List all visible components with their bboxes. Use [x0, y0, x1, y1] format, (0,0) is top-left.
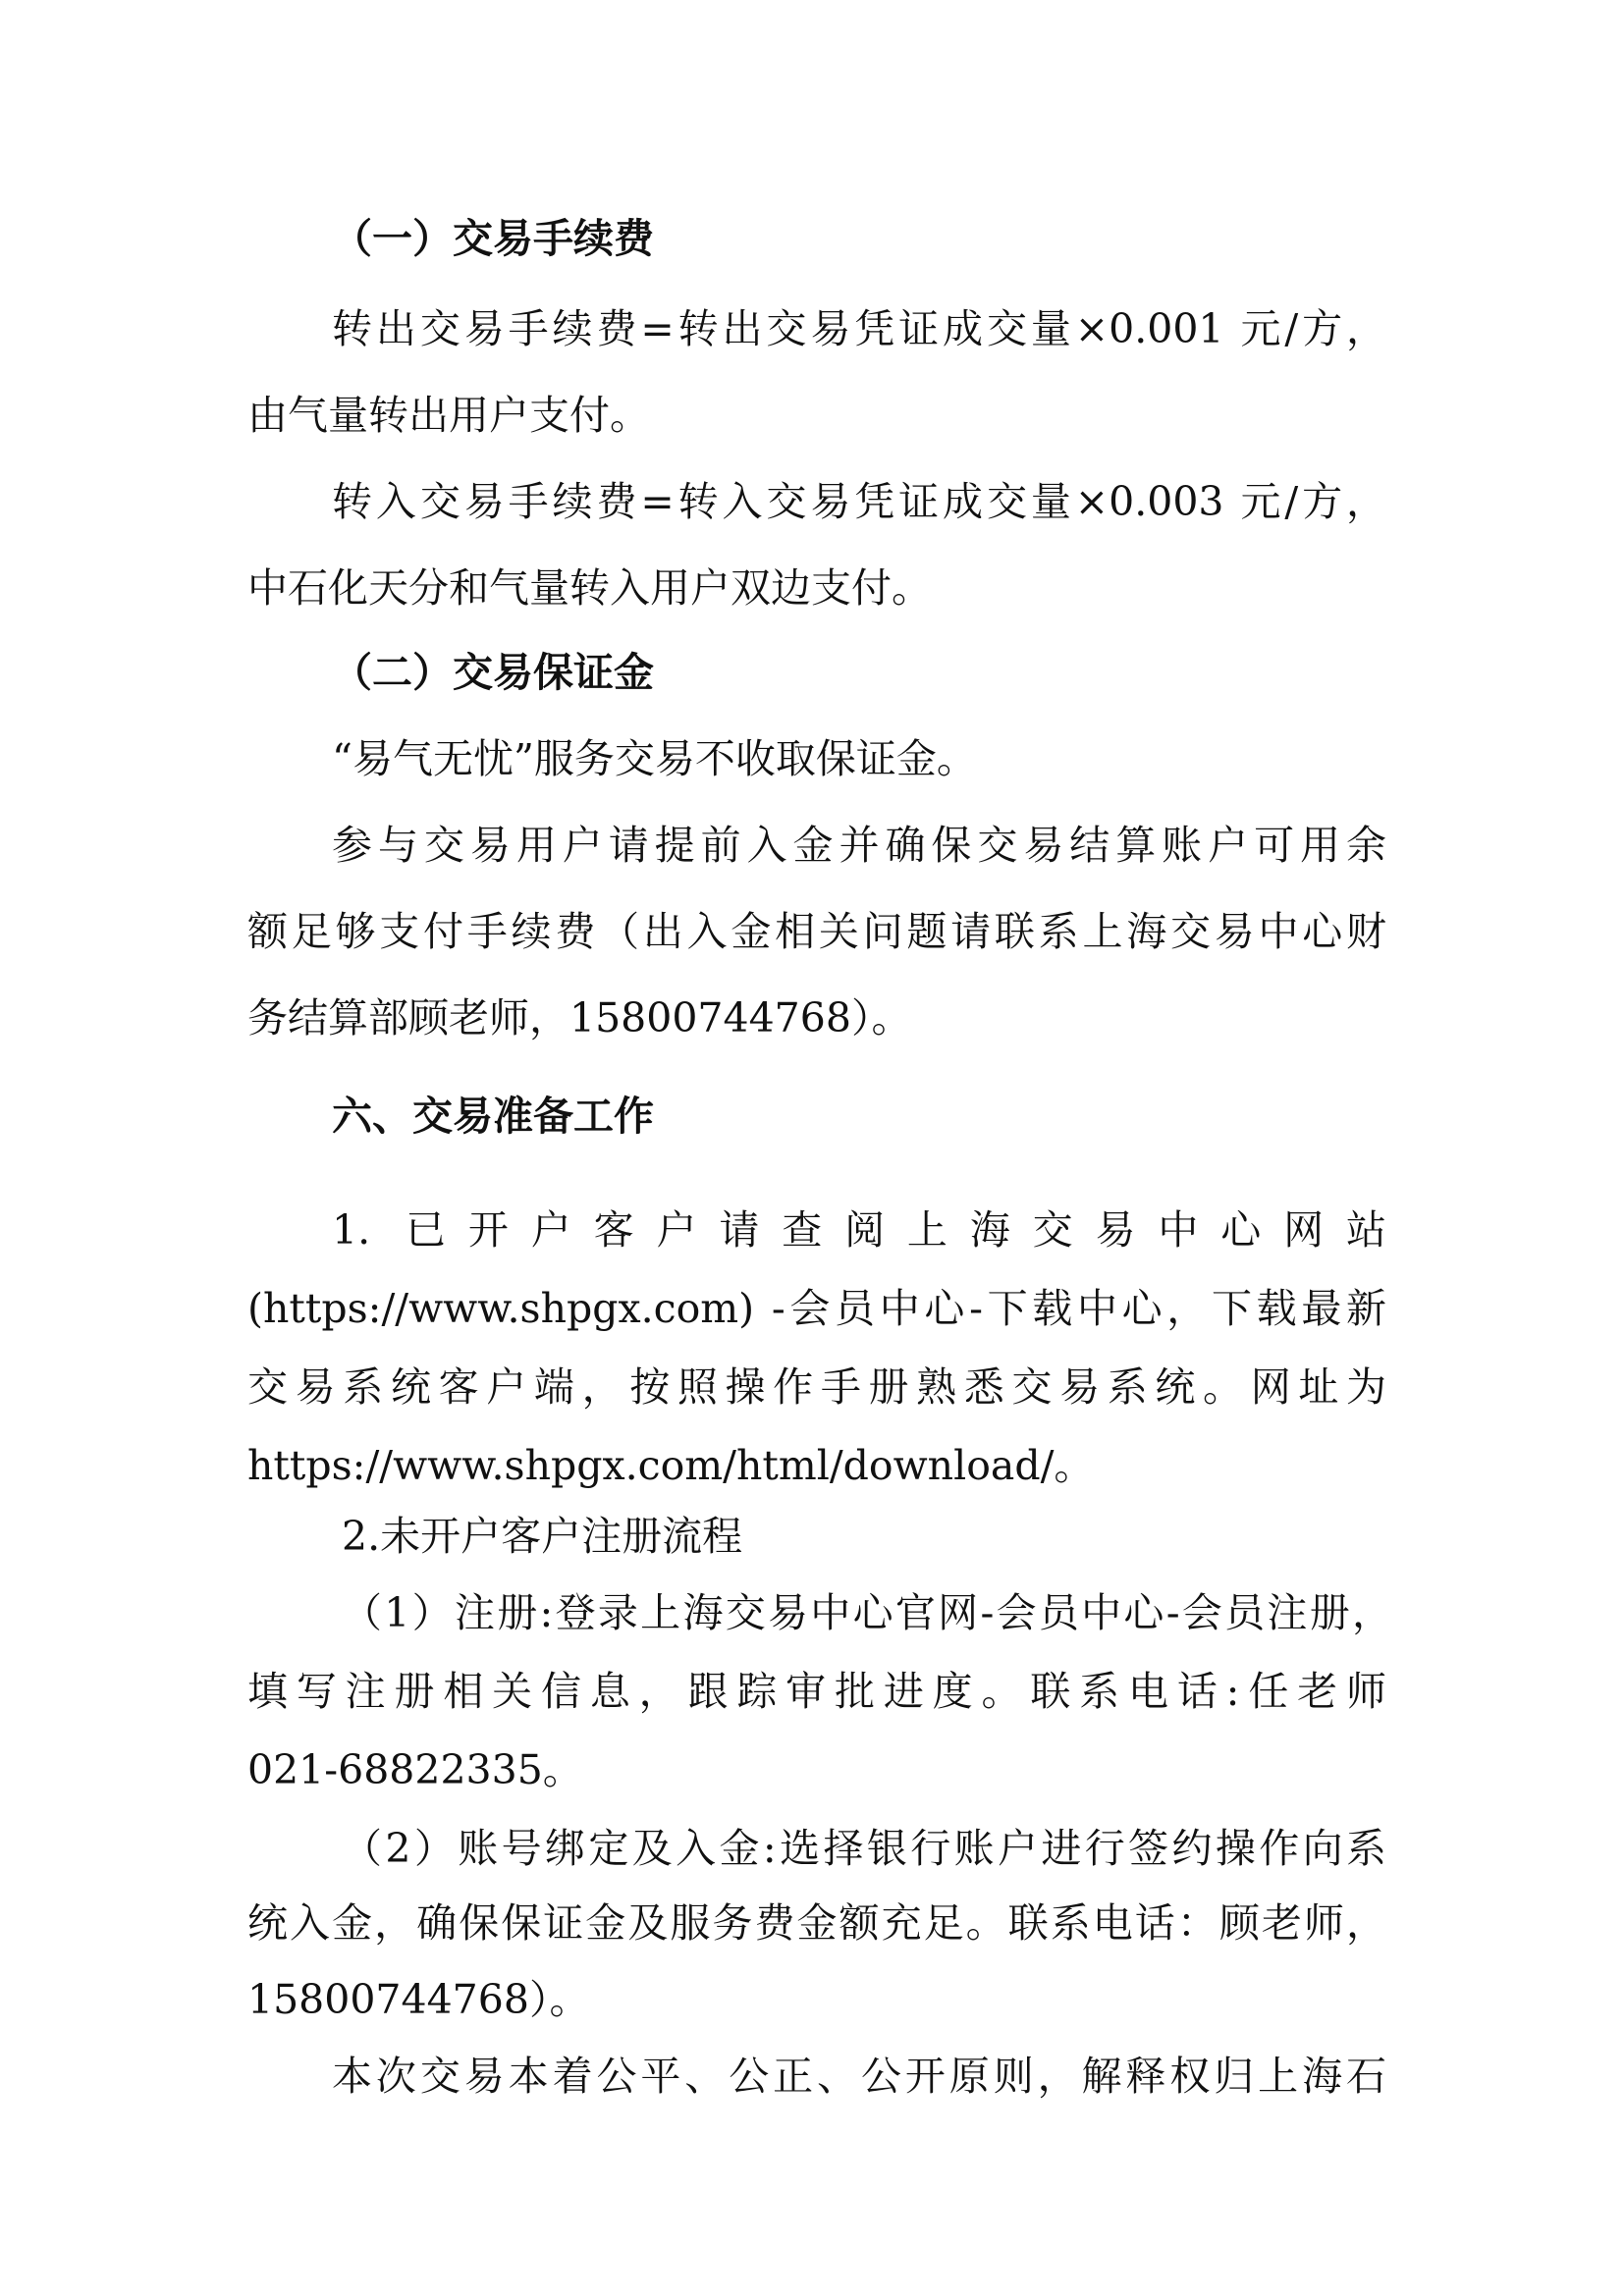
- paragraph-line: 务结算部顾老师，15800744768）。: [247, 993, 911, 1042]
- paragraph-line: （1）注册:登录上海交易中心官网-会员中心-会员注册，: [342, 1588, 1392, 1637]
- section-heading-fees: （一）交易手续费: [332, 214, 654, 263]
- paragraph-line: 1. 已开户客户请查阅上海交易中心网站: [332, 1205, 1386, 1255]
- download-url-line: https://www.shpgx.com/html/download/。: [247, 1441, 1094, 1490]
- paragraph-line: （2）账号绑定及入金:选择银行账户进行签约操作向系: [342, 1824, 1386, 1873]
- paragraph-line: 交易系统客户端，按照操作手册熟悉交易系统。网址为: [247, 1362, 1386, 1412]
- paragraph-line: 转入交易手续费=转入交易凭证成交量×0.003 元/方，: [332, 477, 1386, 526]
- paragraph-line: 统入金，确保保证金及服务费金额充足。联系电话：顾老师，: [247, 1898, 1386, 1948]
- paragraph-line: 由气量转出用户支付。: [247, 391, 650, 440]
- paragraph-line: 15800744768）。: [247, 1975, 589, 2024]
- paragraph-line: 转出交易手续费=转出交易凭证成交量×0.001 元/方，: [332, 304, 1386, 353]
- paragraph-line: 参与交易用户请提前入金并确保交易结算账户可用余: [332, 821, 1386, 870]
- paragraph-line: 本次交易本着公平、公正、公开原则，解释权归上海石: [332, 2052, 1386, 2101]
- paragraph-line: 额足够支付手续费（出入金相关问题请联系上海交易中心财: [247, 907, 1386, 956]
- paragraph-line: “易气无忧”服务交易不收取保证金。: [332, 734, 977, 783]
- section-heading-margin: （二）交易保证金: [332, 648, 654, 697]
- section-heading-preparation: 六、交易准备工作: [332, 1092, 654, 1141]
- paragraph-line: (https://www.shpgx.com) -会员中心-下载中心，下载最新: [247, 1284, 1386, 1333]
- paragraph-line: 021-68822335。: [247, 1745, 583, 1794]
- paragraph-line: 2.未开户客户注册流程: [342, 1512, 742, 1561]
- paragraph-line: 中石化天分和气量转入用户双边支付。: [247, 563, 932, 613]
- paragraph-line: 填写注册相关信息，跟踪审批进度。联系电话:任老师: [247, 1667, 1386, 1716]
